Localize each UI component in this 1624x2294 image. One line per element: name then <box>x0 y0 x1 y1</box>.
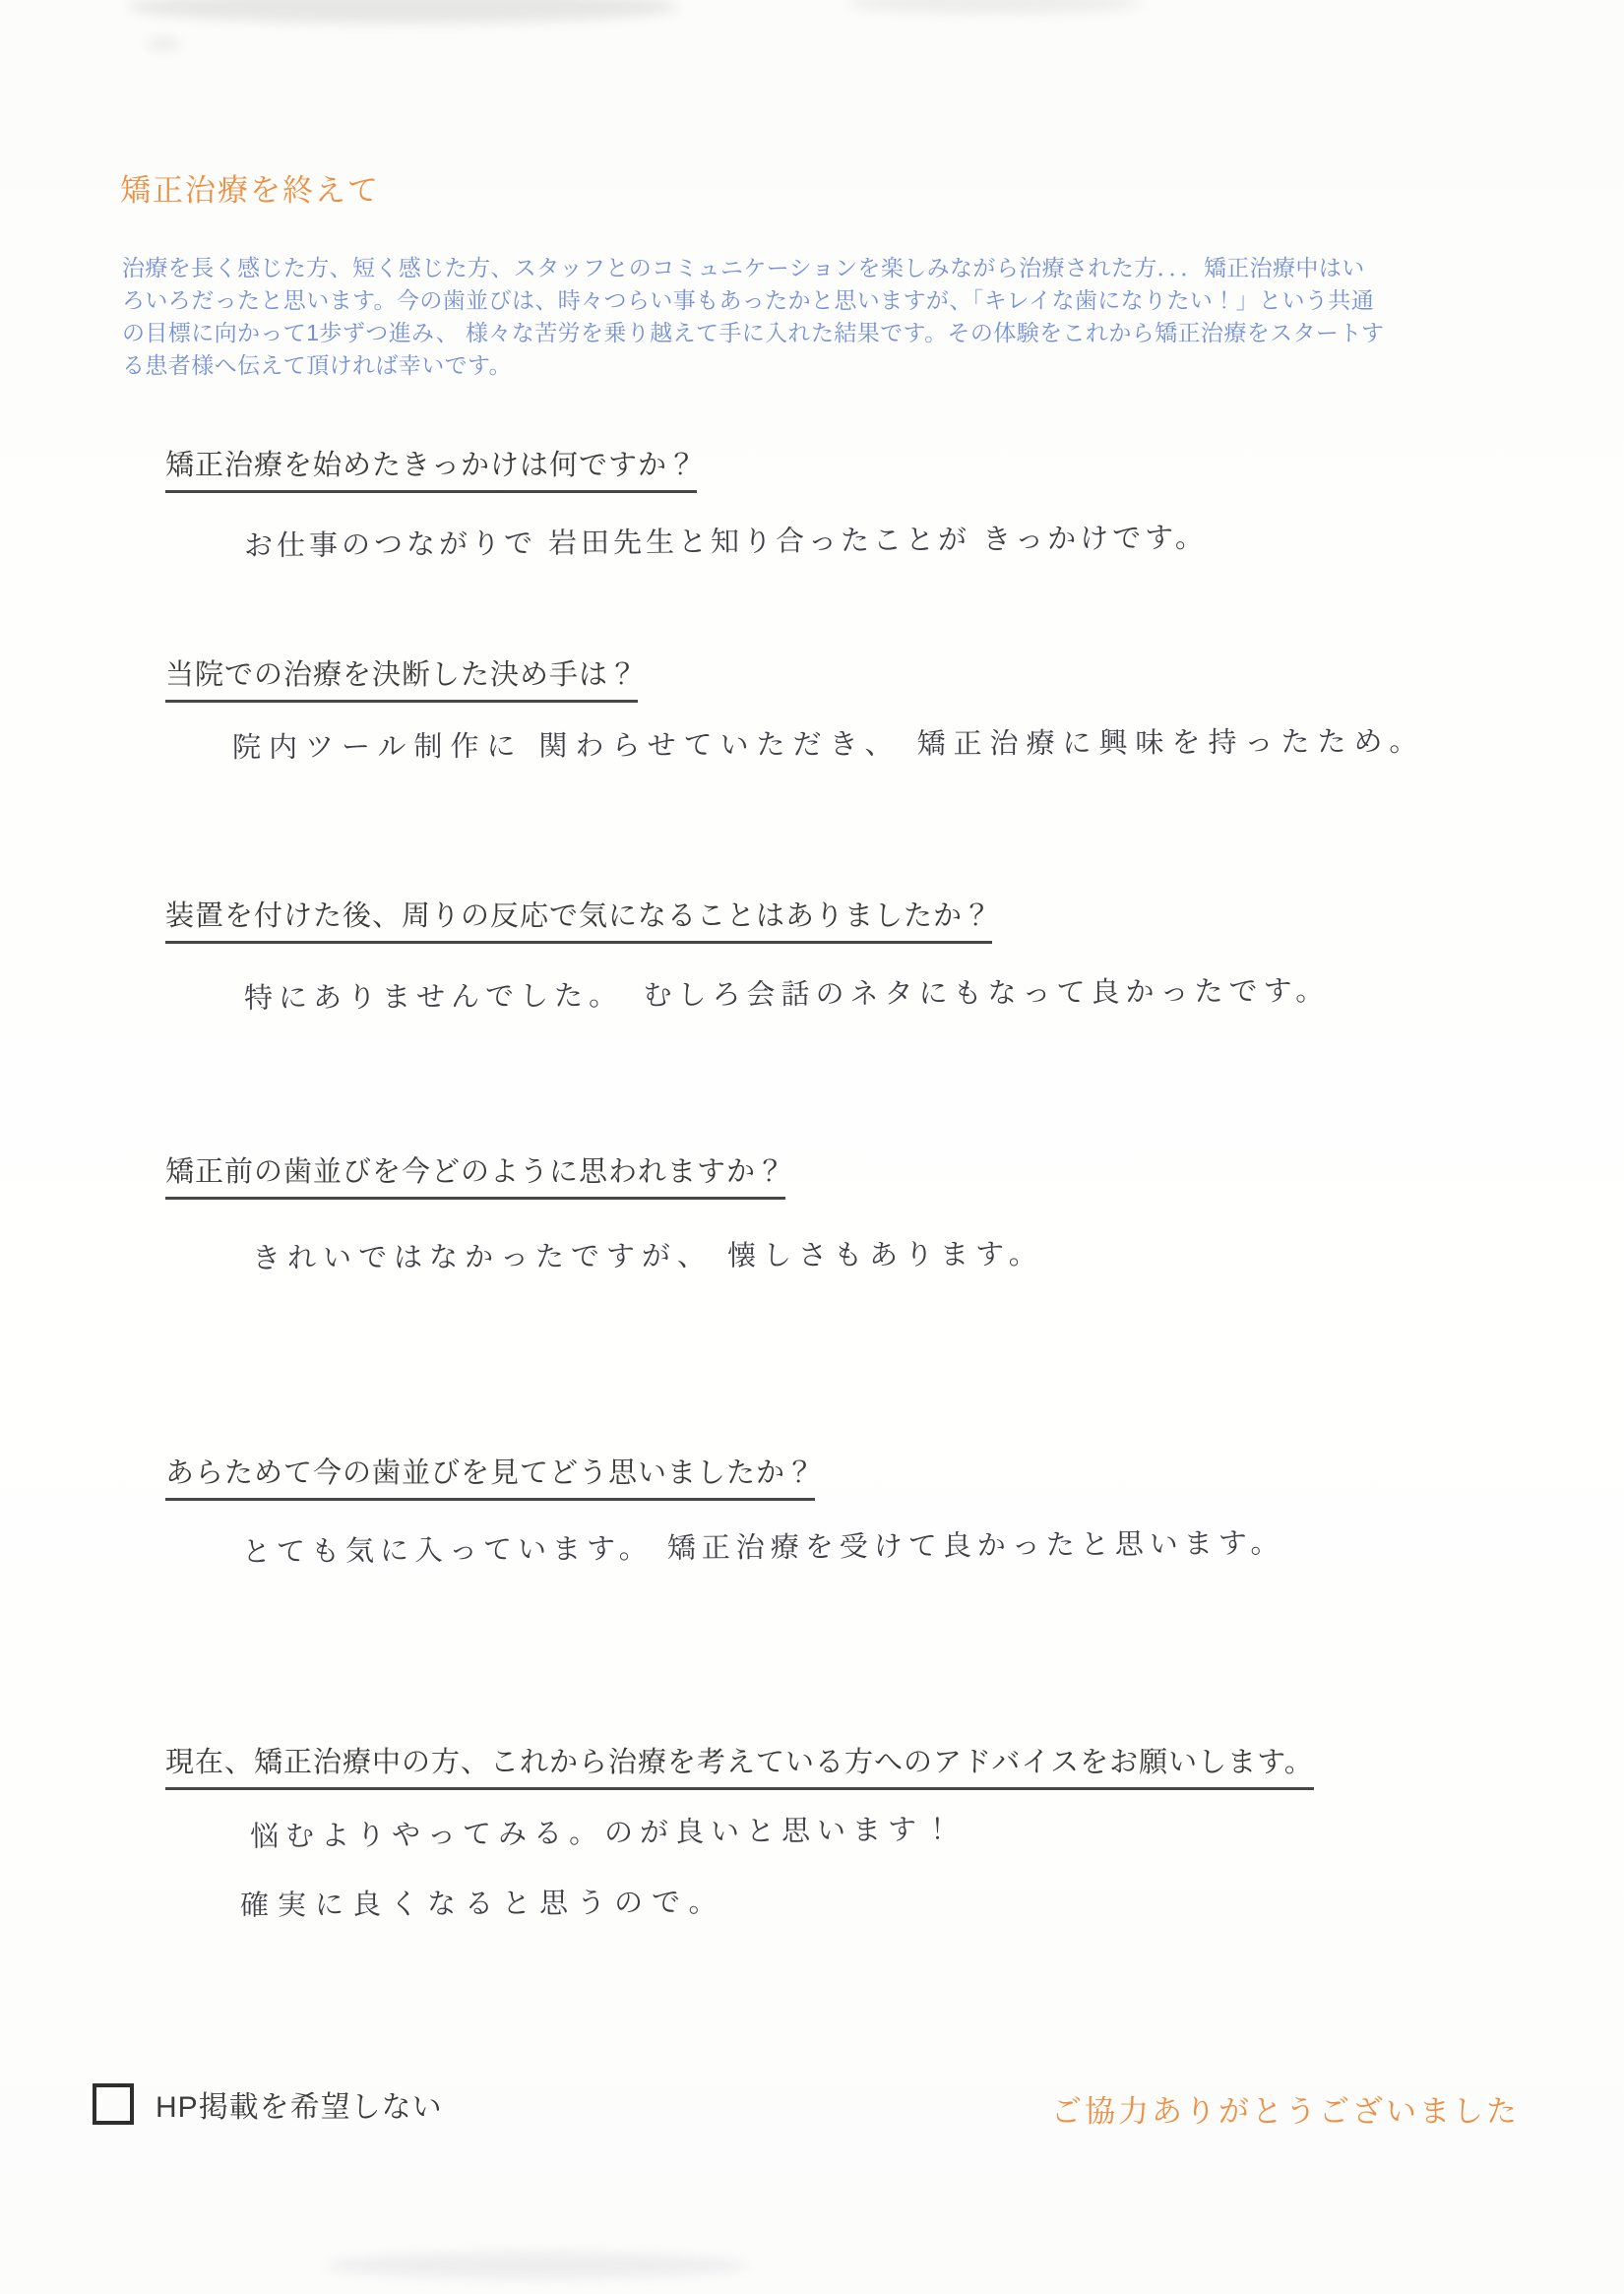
answer-1-handwriting: お仕事のつながりで 岩田先生と知り合ったことが きっかけです。 <box>244 516 1208 565</box>
page-title: 矯正治療を終えて <box>120 165 380 210</box>
scan-ghost-bottom <box>325 2252 748 2279</box>
question-4-label: 矯正前の歯並びを今どのように思われますか？ <box>165 1149 785 1200</box>
answer-2-handwriting: 院内ツール制作に 関わらせていただき、 矯正治療に興味を持ったため。 <box>232 719 1426 766</box>
question-1-label: 矯正治療を始めたきっかけは何ですか？ <box>165 443 697 493</box>
intro-line-3: の目標に向かって1歩ずつ進み、 様々な苦労を乗り越えて手に入れた結果です。その体… <box>122 317 1384 349</box>
scan-smudge-top-left <box>128 0 679 24</box>
question-2-label: 当院での治療を決断した決め手は？ <box>165 652 638 703</box>
scan-smudge-top-dot <box>146 37 181 51</box>
hp-optout-checkbox[interactable] <box>93 2083 134 2125</box>
question-3-label: 装置を付けた後、周りの反応で気になることはありましたか？ <box>165 894 992 944</box>
intro-line-1: 治療を長く感じた方、短く感じた方、スタッフとのコミュニケーションを楽しみながら治… <box>122 252 1384 284</box>
answer-6-handwriting-line-1: 悩むよりやってみる。のが良いと思います！ <box>250 1807 959 1855</box>
question-6-label: 現在、矯正治療中の方、これから治療を考えている方へのアドバイスをお願いします。 <box>165 1740 1314 1790</box>
thanks-message: ご協力ありがとうございました <box>1051 2086 1520 2131</box>
answer-4-handwriting: きれいではなかったですが、 懐しさもあります。 <box>252 1232 1044 1276</box>
answer-3-handwriting: 特にありませんでした。 むしろ会話のネタにもなって良かったです。 <box>244 968 1330 1017</box>
scan-smudge-top-right <box>846 0 1142 14</box>
hp-optout-row: HP掲載を希望しない <box>93 2082 443 2126</box>
scanned-questionnaire-page: 矯正治療を終えて 治療を長く感じた方、短く感じた方、スタッフとのコミュニケーショ… <box>0 0 1624 2294</box>
intro-line-2: ろいろだったと思います。今の歯並びは、時々つらい事もあったかと思いますが、「キレ… <box>122 284 1384 317</box>
hp-optout-label: HP掲載を希望しない <box>156 2082 443 2126</box>
question-5-label: あらためて今の歯並びを見てどう思いましたか？ <box>165 1451 815 1501</box>
intro-paragraph: 治療を長く感じた方、短く感じた方、スタッフとのコミュニケーションを楽しみながら治… <box>122 252 1384 382</box>
answer-6-handwriting-line-2: 確実に良くなると思うので。 <box>240 1880 726 1923</box>
intro-line-4: る患者様へ伝えて頂ければ幸いです。 <box>122 349 1384 382</box>
answer-5-handwriting: とても気に入っています。 矯正治療を受けて良かったと思います。 <box>242 1520 1285 1570</box>
